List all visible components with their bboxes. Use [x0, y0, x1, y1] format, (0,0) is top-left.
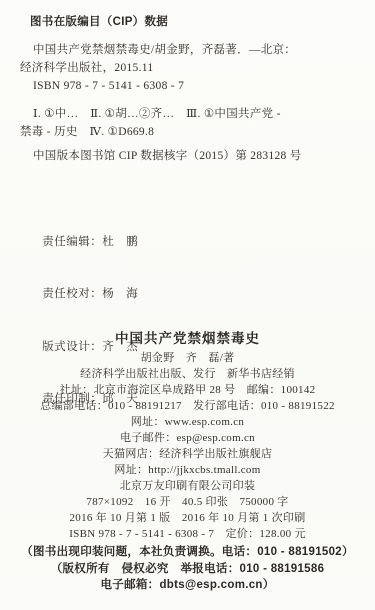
- colophon-block: 中国共产党禁烟禁毒史 胡金野 齐 磊/著 经济科学出版社出版、发行 新华书店经销…: [0, 330, 375, 542]
- format-line: 787×1092 16 开 40.5 印张 750000 字: [0, 494, 375, 510]
- cip-description-line-2: 经济科学出版社，2015.11: [20, 59, 375, 77]
- printer-line: 北京万友印刷有限公司印装: [0, 478, 375, 494]
- book-title: 中国共产党禁烟禁毒史: [0, 330, 375, 347]
- tmall-store-line: 天猫网店：经济科学出版社旗舰店: [0, 446, 375, 462]
- exchange-notice-line: （图书出现印装问题，本社负责调换。电话：010 - 88191502）: [0, 544, 375, 561]
- staff-role-label: 责任校对：: [42, 288, 102, 300]
- staff-role-label: 责任编辑：: [42, 236, 102, 248]
- email-line: 电子邮件：esp@esp.com.cn: [0, 430, 375, 446]
- notices-block: （图书出现印装问题，本社负责调换。电话：010 - 88191502） （版权所…: [0, 544, 375, 594]
- staff-name: 杜 鹏: [102, 236, 138, 248]
- isbn-price-line: ISBN 978 - 7 - 5141 - 6308 - 7 定价：128.00…: [0, 526, 375, 542]
- copyright-notice-line: （版权所有 侵权必究 举报电话：010 - 88191586: [0, 561, 375, 578]
- cip-description-line-1: 中国共产党禁烟禁毒史/胡金野，齐磊著．—北京：: [33, 41, 375, 59]
- cip-classification-line-2: 禁毒 - 历史 Ⅳ. ①D669.8: [20, 123, 375, 141]
- staff-row-proofreader: 责任校对：杨 海: [22, 269, 138, 322]
- tmall-url-line: 网址：http://jjkxcbs.tmall.com: [0, 462, 375, 478]
- website-line: 网址：www.esp.com.cn: [0, 414, 375, 430]
- address-line: 社址：北京市海淀区阜成路甲 28 号 邮编：100142: [0, 382, 375, 398]
- cip-classification-line-1: Ⅰ. ①中… Ⅱ. ①胡…②齐… Ⅲ. ①中国共产党 -: [33, 105, 375, 123]
- cip-heading: 图书在版编目（CIP）数据: [30, 13, 375, 31]
- report-email-line: 电子邮箱：dbts@esp.com.cn）: [0, 577, 375, 594]
- cip-data-block: 图书在版编目（CIP）数据 中国共产党禁烟禁毒史/胡金野，齐磊著．—北京： 经济…: [0, 13, 375, 165]
- authors-line: 胡金野 齐 磊/著: [0, 350, 375, 366]
- edition-line: 2016 年 10 月第 1 版 2016 年 10 月第 1 次印刷: [0, 510, 375, 526]
- book-copyright-page: 图书在版编目（CIP）数据 中国共产党禁烟禁毒史/胡金野，齐磊著．—北京： 经济…: [0, 0, 375, 610]
- phone-line: 总编部电话：010 - 88191217 发行部电话：010 - 8819152…: [0, 398, 375, 414]
- staff-name: 杨 海: [102, 288, 138, 300]
- cip-record-number-line: 中国版本图书馆 CIP 数据核字（2015）第 283128 号: [33, 147, 375, 165]
- staff-row-editor: 责任编辑：杜 鹏: [22, 216, 138, 269]
- publisher-line: 经济科学出版社出版、发行 新华书店经销: [0, 366, 375, 382]
- cip-isbn-line: ISBN 978 - 7 - 5141 - 6308 - 7: [33, 77, 375, 95]
